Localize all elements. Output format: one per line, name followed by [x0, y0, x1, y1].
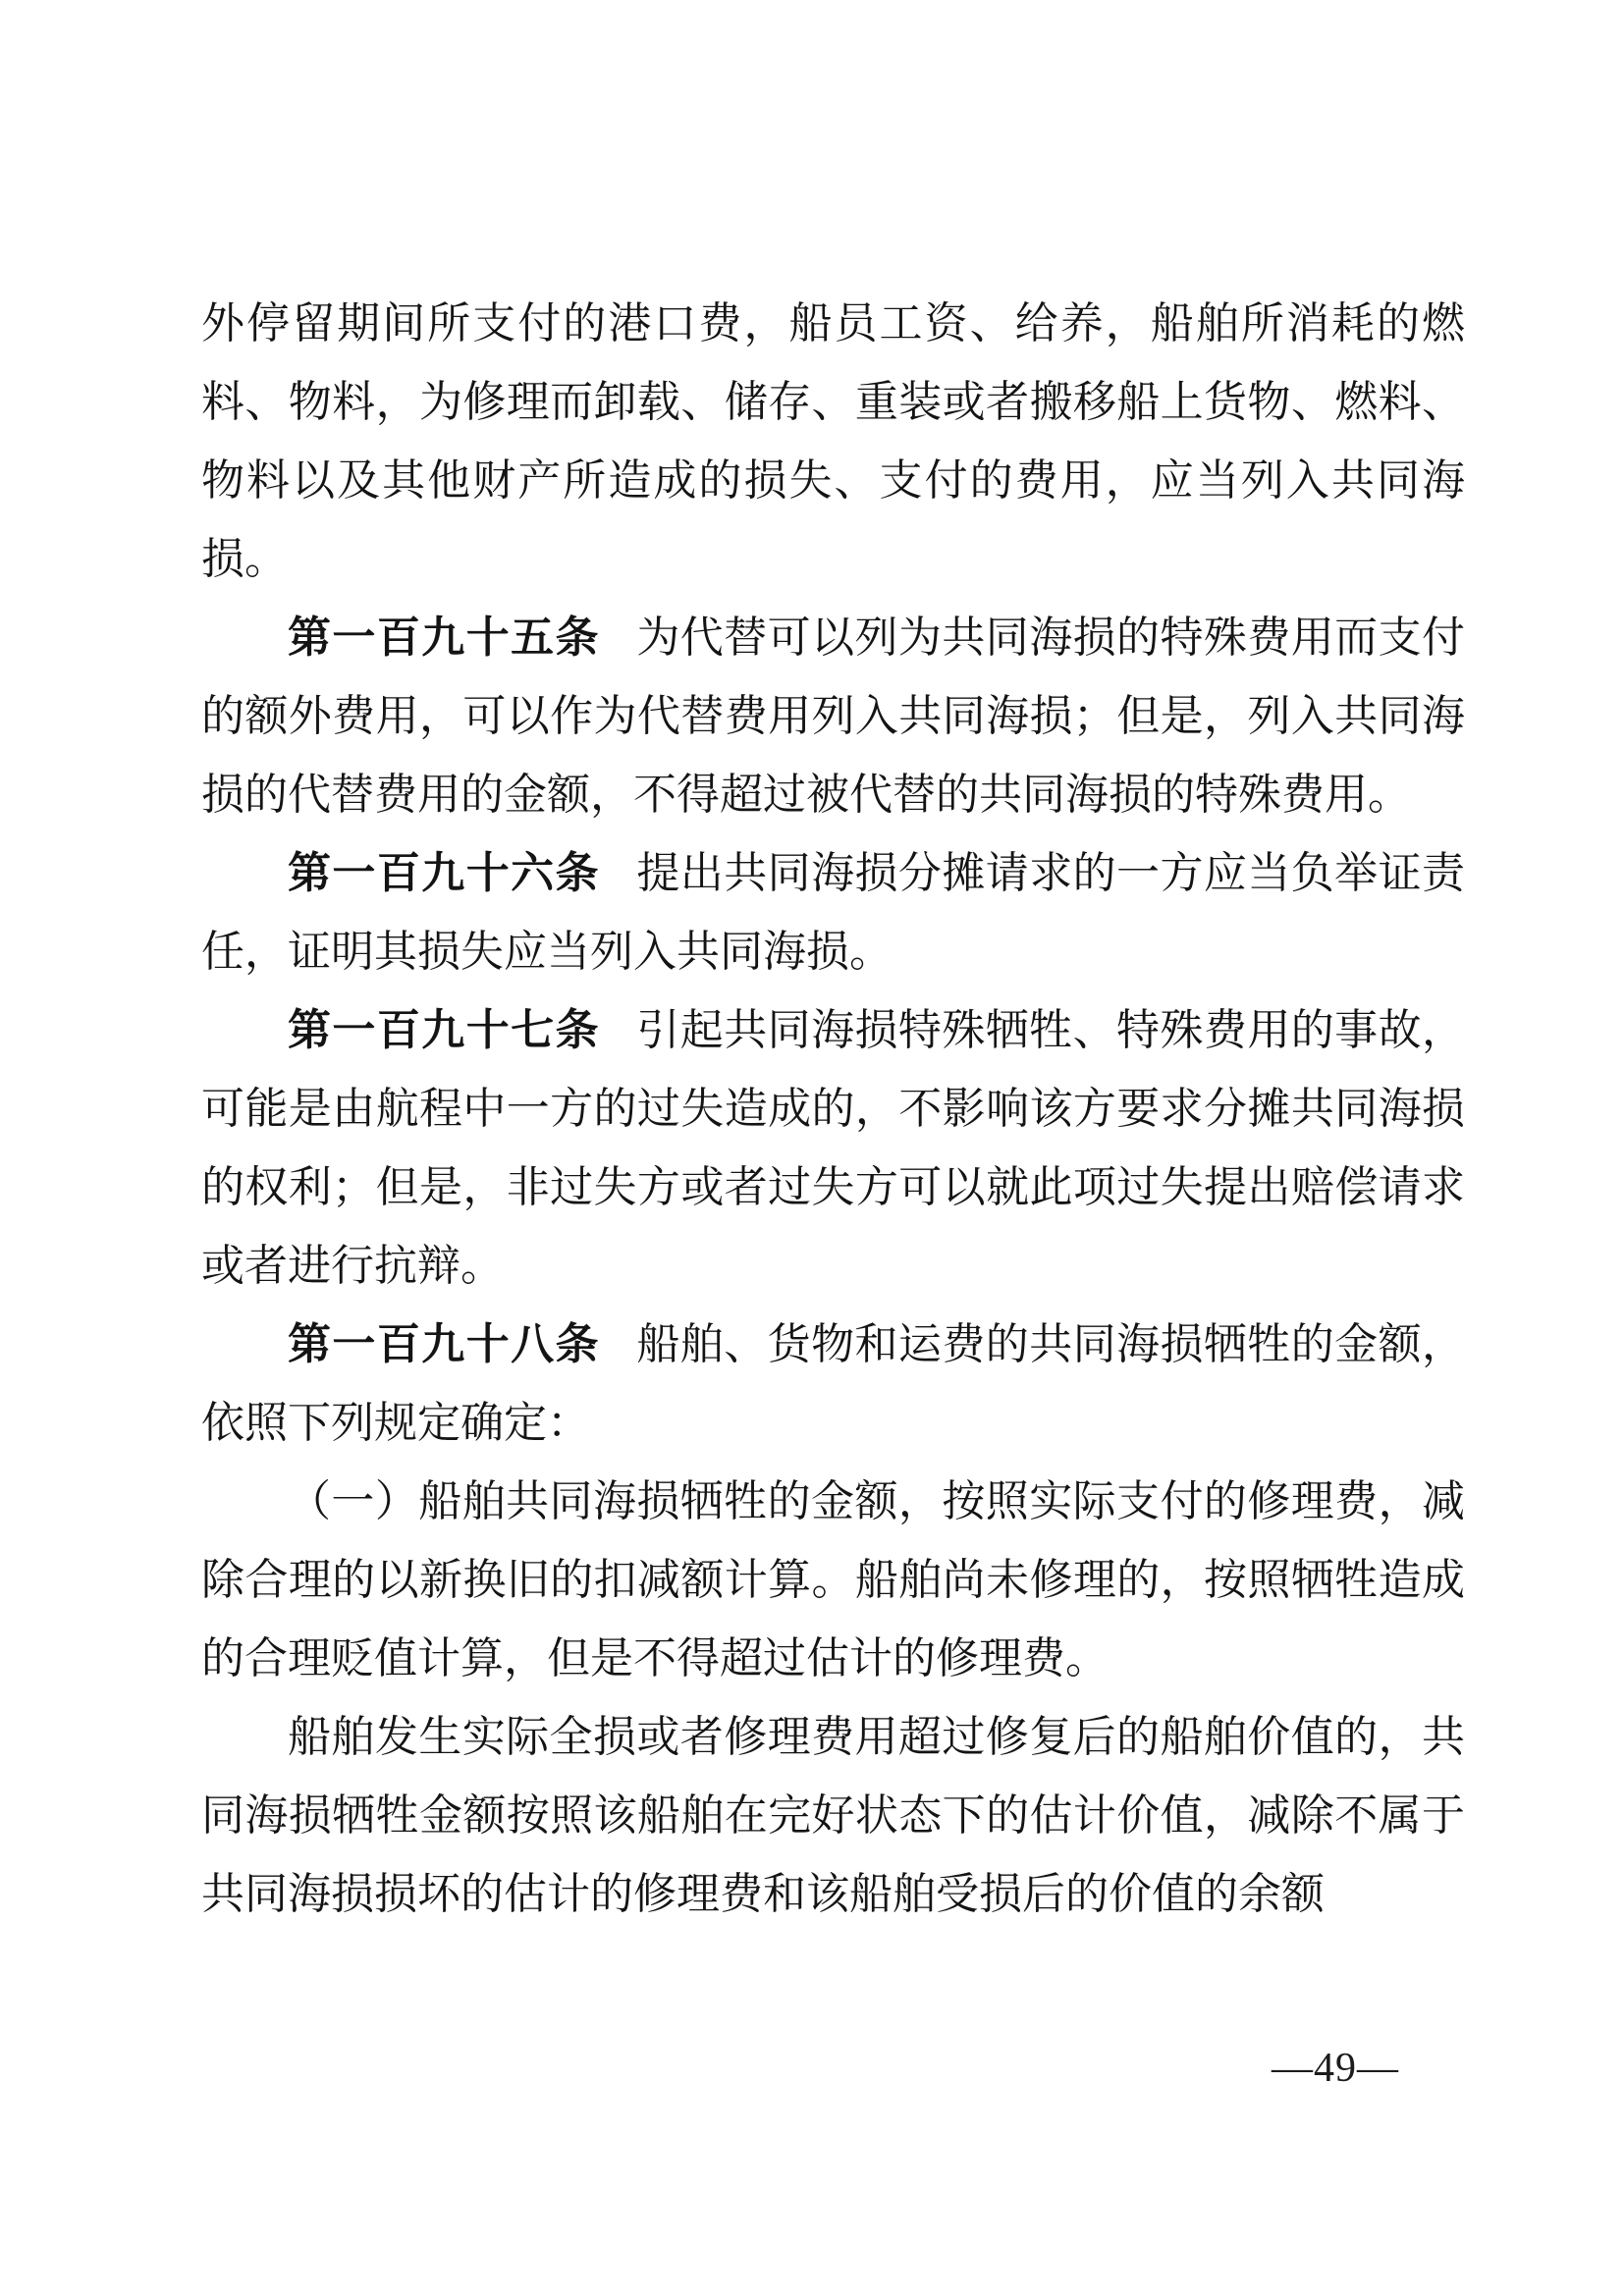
article-number: 第一百九十六条 [288, 849, 600, 897]
paragraph-text: 船舶发生实际全损或者修理费用超过修复后的船舶价值的，共同海损牺牲金额按照该船舶在… [201, 1713, 1465, 1918]
article-number: 第一百九十七条 [288, 1006, 600, 1054]
article-paragraph: 第一百九十六条提出共同海损分摊请求的一方应当负举证责任，证明其损失应当列入共同海… [201, 834, 1465, 991]
paragraph: 船舶发生实际全损或者修理费用超过修复后的船舶价值的，共同海损牺牲金额按照该船舶在… [201, 1698, 1465, 1934]
paragraph-text: （一）船舶共同海损牺牲的金额，按照实际支付的修理费，减除合理的以新换旧的扣减额计… [201, 1477, 1465, 1682]
paragraph: （一）船舶共同海损牺牲的金额，按照实际支付的修理费，减除合理的以新换旧的扣减额计… [201, 1463, 1465, 1698]
article-paragraph: 第一百九十七条引起共同海损特殊牺牲、特殊费用的事故，可能是由航程中一方的过失造成… [201, 991, 1465, 1306]
article-number: 第一百九十五条 [288, 614, 600, 662]
article-paragraph: 第一百九十五条为代替可以列为共同海损的特殊费用而支付的额外费用，可以作为代替费用… [201, 599, 1465, 834]
document-body: 外停留期间所支付的港口费，船员工资、给养，船舶所消耗的燃料、物料，为修理而卸载、… [201, 285, 1465, 1934]
paragraph: 外停留期间所支付的港口费，船员工资、给养，船舶所消耗的燃料、物料，为修理而卸载、… [201, 285, 1465, 599]
article-paragraph: 第一百九十八条船舶、货物和运费的共同海损牺牲的金额，依照下列规定确定： [201, 1306, 1465, 1463]
document-page: 外停留期间所支付的港口费，船员工资、给养，船舶所消耗的燃料、物料，为修理而卸载、… [0, 0, 1624, 2296]
paragraph-text: 外停留期间所支付的港口费，船员工资、给养，船舶所消耗的燃料、物料，为修理而卸载、… [201, 299, 1465, 583]
page-number: —49— [1272, 2048, 1399, 2089]
article-number: 第一百九十八条 [288, 1320, 600, 1368]
